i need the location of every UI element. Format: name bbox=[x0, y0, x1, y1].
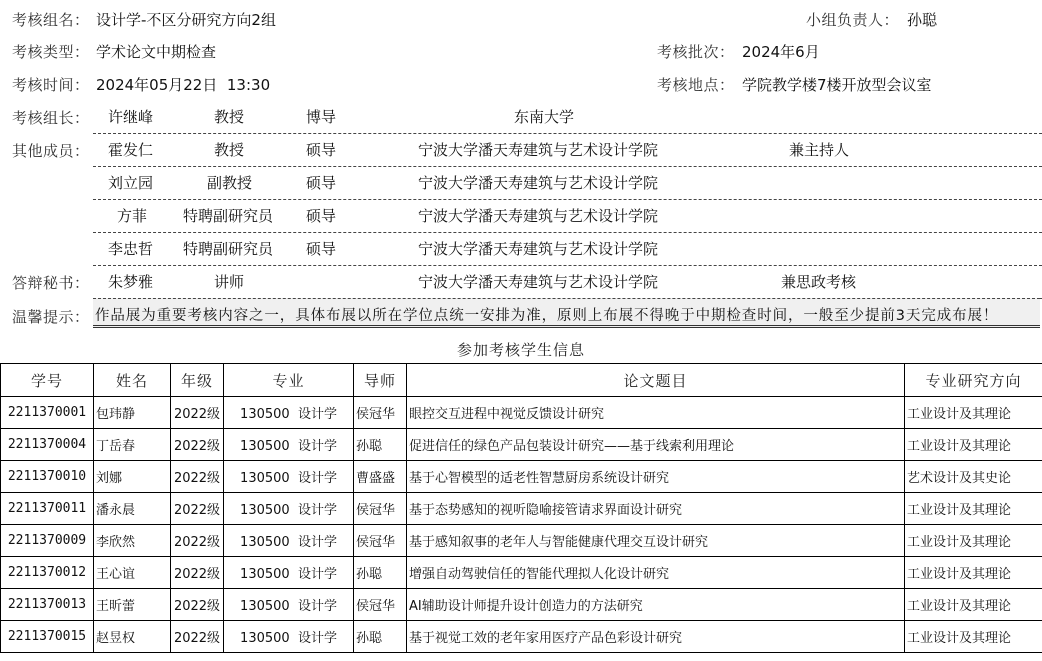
member-title: 副教授 bbox=[207, 172, 252, 193]
member-org: 东南大学 bbox=[514, 106, 574, 127]
table-row: 2211370001 包玮静 2022级 130500 设计学 侯冠华 眼控交互… bbox=[1, 397, 1042, 429]
leader-value: 孙聪 bbox=[907, 9, 937, 30]
members-label: 其他成员： bbox=[12, 140, 90, 161]
notice-label: 温馨提示： bbox=[12, 306, 90, 327]
cell-direction: 工业设计及其理论 bbox=[905, 493, 1042, 525]
member-org: 宁波大学潘天寿建筑与艺术设计学院 bbox=[418, 139, 658, 160]
member-name: 李忠哲 bbox=[108, 238, 153, 259]
leader-label: 小组负责人： bbox=[806, 9, 899, 30]
table-row: 2211370010 刘娜 2022级 130500 设计学 曹盛盛 基于心智模… bbox=[1, 461, 1042, 493]
table-row: 2211370004 丁岳春 2022级 130500 设计学 孙聪 促进信任的… bbox=[1, 429, 1042, 461]
cell-direction: 工业设计及其理论 bbox=[905, 589, 1042, 621]
col-header-advisor: 导师 bbox=[354, 364, 407, 397]
member-name: 朱梦雅 bbox=[108, 271, 153, 292]
group-name-value: 设计学-不区分研究方向2组 bbox=[96, 9, 276, 30]
location-label: 考核地点： bbox=[657, 74, 735, 95]
cell-grade: 2022级 bbox=[171, 621, 224, 653]
cell-advisor: 孙聪 bbox=[354, 557, 407, 589]
cell-name: 王昕蕾 bbox=[94, 589, 171, 621]
cell-thesis-title: 基于感知叙事的老年人与智能健康代理交互设计研究 bbox=[407, 525, 905, 557]
col-header-grade: 年级 bbox=[171, 364, 224, 397]
member-name: 方菲 bbox=[117, 205, 147, 226]
cell-name: 丁岳春 bbox=[94, 429, 171, 461]
cell-id: 2211370015 bbox=[1, 621, 94, 653]
cell-major: 130500 设计学 bbox=[224, 461, 354, 493]
member-title: 讲师 bbox=[214, 271, 244, 292]
member-role: 硕导 bbox=[306, 139, 336, 160]
cell-direction: 工业设计及其理论 bbox=[905, 621, 1042, 653]
cell-name: 包玮静 bbox=[94, 397, 171, 429]
cell-direction: 工业设计及其理论 bbox=[905, 397, 1042, 429]
cell-id: 2211370011 bbox=[1, 493, 94, 525]
chair-label: 考核组长： bbox=[12, 107, 90, 128]
committee-row: 许继峰 教授 博导 东南大学 bbox=[93, 100, 1042, 134]
member-note: 兼主持人 bbox=[789, 139, 849, 160]
cell-major: 130500 设计学 bbox=[224, 397, 354, 429]
member-role: 硕导 bbox=[306, 205, 336, 226]
cell-direction: 工业设计及其理论 bbox=[905, 557, 1042, 589]
col-header-thesis-title: 论文题目 bbox=[407, 364, 905, 397]
cell-id: 2211370010 bbox=[1, 461, 94, 493]
secretary-label: 答辩秘书： bbox=[12, 272, 90, 293]
cell-id: 2211370001 bbox=[1, 397, 94, 429]
cell-grade: 2022级 bbox=[171, 493, 224, 525]
table-row: 2211370009 李欣然 2022级 130500 设计学 侯冠华 基于感知… bbox=[1, 525, 1042, 557]
col-header-id: 学号 bbox=[1, 364, 94, 397]
cell-grade: 2022级 bbox=[171, 589, 224, 621]
member-title: 特聘副研究员 bbox=[183, 238, 273, 259]
section-title: 参加考核学生信息 bbox=[0, 339, 1042, 360]
cell-advisor: 孙聪 bbox=[354, 429, 407, 461]
member-title: 特聘副研究员 bbox=[183, 205, 273, 226]
cell-name: 潘永晨 bbox=[94, 493, 171, 525]
cell-grade: 2022级 bbox=[171, 461, 224, 493]
table-row: 2211370011 潘永晨 2022级 130500 设计学 侯冠华 基于态势… bbox=[1, 493, 1042, 525]
cell-name: 李欣然 bbox=[94, 525, 171, 557]
member-title: 教授 bbox=[214, 106, 244, 127]
cell-grade: 2022级 bbox=[171, 397, 224, 429]
type-value: 学术论文中期检查 bbox=[96, 41, 216, 62]
cell-advisor: 侯冠华 bbox=[354, 589, 407, 621]
member-name: 霍发仁 bbox=[108, 139, 153, 160]
cell-advisor: 侯冠华 bbox=[354, 397, 407, 429]
cell-thesis-title: 增强自动驾驶信任的智能代理拟人化设计研究 bbox=[407, 557, 905, 589]
cell-direction: 工业设计及其理论 bbox=[905, 525, 1042, 557]
col-header-direction: 专业研究方向 bbox=[905, 364, 1042, 397]
table-row: 2211370015 赵昱权 2022级 130500 设计学 孙聪 基于视觉工… bbox=[1, 621, 1042, 653]
committee-row: 朱梦雅 讲师 宁波大学潘天寿建筑与艺术设计学院 兼思政考核 bbox=[93, 265, 1042, 299]
cell-id: 2211370009 bbox=[1, 525, 94, 557]
cell-major: 130500 设计学 bbox=[224, 493, 354, 525]
cell-major: 130500 设计学 bbox=[224, 429, 354, 461]
cell-thesis-title: 基于视觉工效的老年家用医疗产品色彩设计研究 bbox=[407, 621, 905, 653]
cell-grade: 2022级 bbox=[171, 557, 224, 589]
cell-id: 2211370012 bbox=[1, 557, 94, 589]
member-role: 博导 bbox=[306, 106, 336, 127]
committee-row: 李忠哲 特聘副研究员 硕导 宁波大学潘天寿建筑与艺术设计学院 bbox=[93, 232, 1042, 266]
col-header-name: 姓名 bbox=[94, 364, 171, 397]
cell-advisor: 侯冠华 bbox=[354, 493, 407, 525]
cell-thesis-title: AI辅助设计师提升设计创造力的方法研究 bbox=[407, 589, 905, 621]
cell-id: 2211370013 bbox=[1, 589, 94, 621]
member-role: 硕导 bbox=[306, 238, 336, 259]
member-role: 硕导 bbox=[306, 172, 336, 193]
table-row: 2211370012 王心谊 2022级 130500 设计学 孙聪 增强自动驾… bbox=[1, 557, 1042, 589]
cell-grade: 2022级 bbox=[171, 525, 224, 557]
member-org: 宁波大学潘天寿建筑与艺术设计学院 bbox=[418, 172, 658, 193]
cell-grade: 2022级 bbox=[171, 429, 224, 461]
member-title: 教授 bbox=[214, 139, 244, 160]
cell-thesis-title: 眼控交互进程中视觉反馈设计研究 bbox=[407, 397, 905, 429]
cell-major: 130500 设计学 bbox=[224, 557, 354, 589]
cell-id: 2211370004 bbox=[1, 429, 94, 461]
cell-name: 王心谊 bbox=[94, 557, 171, 589]
cell-thesis-title: 促进信任的绿色产品包装设计研究——基于线索利用理论 bbox=[407, 429, 905, 461]
table-row: 2211370013 王昕蕾 2022级 130500 设计学 侯冠华 AI辅助… bbox=[1, 589, 1042, 621]
cell-advisor: 曹盛盛 bbox=[354, 461, 407, 493]
member-name: 刘立园 bbox=[108, 172, 153, 193]
member-org: 宁波大学潘天寿建筑与艺术设计学院 bbox=[418, 238, 658, 259]
student-table: 学号 姓名 年级 专业 导师 论文题目 专业研究方向 2211370001 包玮… bbox=[0, 363, 1042, 653]
committee-row: 刘立园 副教授 硕导 宁波大学潘天寿建筑与艺术设计学院 bbox=[93, 166, 1042, 200]
cell-major: 130500 设计学 bbox=[224, 589, 354, 621]
committee-row: 霍发仁 教授 硕导 宁波大学潘天寿建筑与艺术设计学院 兼主持人 bbox=[93, 133, 1042, 167]
cell-name: 刘娜 bbox=[94, 461, 171, 493]
cell-name: 赵昱权 bbox=[94, 621, 171, 653]
cell-thesis-title: 基于心智模型的适老性智慧厨房系统设计研究 bbox=[407, 461, 905, 493]
notice-box: 作品展为重要考核内容之一，具体布展以所在学位点统一安排为准，原则上布展不得晚于中… bbox=[93, 298, 1040, 328]
cell-direction: 艺术设计及其史论 bbox=[905, 461, 1042, 493]
cell-advisor: 侯冠华 bbox=[354, 525, 407, 557]
batch-value: 2024年6月 bbox=[742, 41, 820, 62]
time-value: 2024年05月22日 13:30 bbox=[96, 74, 270, 95]
member-org: 宁波大学潘天寿建筑与艺术设计学院 bbox=[418, 205, 658, 226]
col-header-major: 专业 bbox=[224, 364, 354, 397]
type-label: 考核类型： bbox=[12, 41, 90, 62]
notice-text: 作品展为重要考核内容之一，具体布展以所在学位点统一安排为准，原则上布展不得晚于中… bbox=[95, 304, 998, 325]
cell-thesis-title: 基于态势感知的视听隐喻接管请求界面设计研究 bbox=[407, 493, 905, 525]
cell-direction: 工业设计及其理论 bbox=[905, 429, 1042, 461]
cell-advisor: 孙聪 bbox=[354, 621, 407, 653]
table-header-row: 学号 姓名 年级 专业 导师 论文题目 专业研究方向 bbox=[1, 364, 1042, 397]
cell-major: 130500 设计学 bbox=[224, 525, 354, 557]
group-name-label: 考核组名： bbox=[12, 9, 90, 30]
member-note: 兼思政考核 bbox=[781, 271, 856, 292]
member-name: 许继峰 bbox=[108, 106, 153, 127]
member-org: 宁波大学潘天寿建筑与艺术设计学院 bbox=[418, 271, 658, 292]
time-label: 考核时间： bbox=[12, 74, 90, 95]
cell-major: 130500 设计学 bbox=[224, 621, 354, 653]
batch-label: 考核批次： bbox=[657, 41, 735, 62]
committee-row: 方菲 特聘副研究员 硕导 宁波大学潘天寿建筑与艺术设计学院 bbox=[93, 199, 1042, 233]
location-value: 学院教学楼7楼开放型会议室 bbox=[742, 74, 932, 95]
